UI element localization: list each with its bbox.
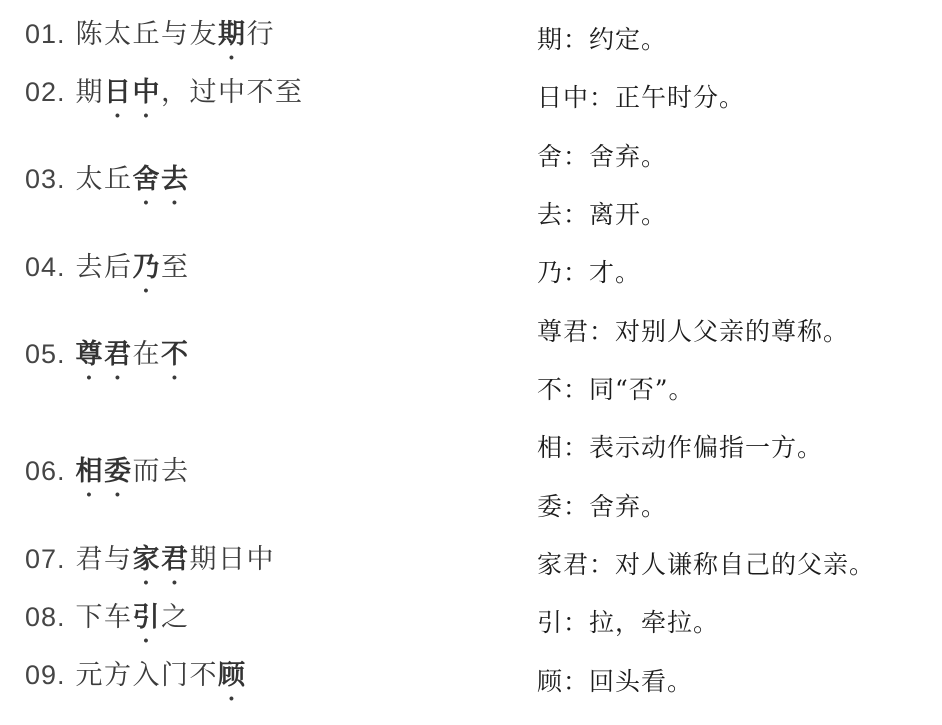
phrase-segment-emphasized: 乃: [133, 252, 162, 282]
phrase-cell: 05. 尊君在不: [0, 301, 537, 418]
phrase-segment-emphasized: 日中: [104, 77, 161, 107]
phrase-segment: 行: [247, 19, 276, 49]
phrase-line: 01. 陈太丘与友期行: [0, 12, 275, 65]
phrase-segment-emphasized: 相委: [76, 456, 133, 486]
phrase-segment: 太丘: [76, 164, 133, 194]
phrase-segment: 期日中: [190, 544, 276, 574]
definition-line: 不：同“否”。: [537, 359, 942, 417]
vocab-row: 08. 下车引之 引：拉，牵拉。: [0, 592, 942, 650]
phrase-segment-emphasized: 顾: [218, 660, 247, 690]
phrase-segment: 下车: [76, 602, 133, 632]
phrase-text: 下车引之: [76, 595, 190, 648]
phrase-line: 04. 去后乃至: [0, 245, 190, 298]
phrase-line: 03. 太丘舍去: [0, 157, 190, 210]
phrase-cell: 08. 下车引之: [0, 592, 537, 650]
phrase-segment: 元方入门不: [76, 660, 219, 690]
phrase-segment-emphasized: 尊君: [76, 339, 133, 369]
phrase-segment-emphasized: 舍去: [133, 164, 190, 194]
phrase-cell: 03. 太丘舍去: [0, 126, 537, 243]
phrase-segment-emphasized: 家君: [133, 544, 190, 574]
phrase-segment: ，过中不至: [161, 77, 304, 107]
vocab-row: 04. 去后乃至 乃：才。: [0, 242, 942, 300]
phrase-line: 09. 元方入门不顾: [0, 653, 247, 706]
phrase-text: 君与家君期日中: [76, 537, 276, 590]
item-number: 05.: [25, 339, 66, 370]
definition-line: 相：表示动作偏指一方。: [537, 417, 942, 475]
phrase-text: 相委而去: [76, 449, 190, 502]
phrase-segment: 去后: [76, 252, 133, 282]
phrase-cell: 07. 君与家君期日中: [0, 534, 537, 592]
vocab-row: 02. 期日中，过中不至 日中：正午时分。: [0, 67, 942, 125]
phrase-segment-emphasized: 不: [161, 339, 190, 369]
phrase-segment: 在: [133, 339, 162, 369]
phrase-text: 陈太丘与友期行: [76, 12, 276, 65]
vocab-notes-page: 01. 陈太丘与友期行 期：约定。 02. 期日中，过中不至 日中：正午时分。 …: [0, 0, 942, 725]
phrase-segment-emphasized: 引: [133, 602, 162, 632]
definitions: 相：表示动作偏指一方。委：舍弃。: [537, 417, 942, 534]
phrase-cell: 04. 去后乃至: [0, 242, 537, 300]
item-number: 08.: [25, 602, 66, 633]
phrase-segment: 而去: [133, 456, 190, 486]
phrase-cell: 06. 相委而去: [0, 417, 537, 534]
definitions: 家君：对人谦称自己的父亲。: [537, 534, 942, 592]
phrase-cell: 01. 陈太丘与友期行: [0, 9, 537, 67]
phrase-line: 07. 君与家君期日中: [0, 537, 275, 590]
vocab-row: 07. 君与家君期日中 家君：对人谦称自己的父亲。: [0, 534, 942, 592]
definition-line: 尊君：对别人父亲的尊称。: [537, 301, 942, 359]
phrase-segment: 陈太丘与友: [76, 19, 219, 49]
phrase-text: 元方入门不顾: [76, 653, 247, 706]
phrase-segment: 至: [161, 252, 190, 282]
definitions: 乃：才。: [537, 242, 942, 300]
definition-line: 舍：舍弃。: [537, 126, 942, 184]
item-number: 04.: [25, 252, 66, 283]
phrase-text: 尊君在不: [76, 332, 190, 385]
phrase-cell: 09. 元方入门不顾: [0, 651, 537, 709]
phrase-segment: 之: [161, 602, 190, 632]
vocab-rows: 01. 陈太丘与友期行 期：约定。 02. 期日中，过中不至 日中：正午时分。 …: [0, 9, 942, 709]
item-number: 02.: [25, 77, 66, 108]
item-number: 01.: [25, 19, 66, 50]
vocab-row: 03. 太丘舍去 舍：舍弃。去：离开。: [0, 126, 942, 243]
phrase-line: 06. 相委而去: [0, 449, 190, 502]
vocab-row: 06. 相委而去 相：表示动作偏指一方。委：舍弃。: [0, 417, 942, 534]
phrase-text: 太丘舍去: [76, 157, 190, 210]
definition-line: 委：舍弃。: [537, 476, 942, 534]
definition-line: 期：约定。: [537, 9, 942, 67]
definitions: 引：拉，牵拉。: [537, 592, 942, 650]
item-number: 03.: [25, 164, 66, 195]
phrase-segment: 期: [76, 77, 105, 107]
phrase-line: 02. 期日中，过中不至: [0, 70, 304, 123]
definitions: 尊君：对别人父亲的尊称。不：同“否”。: [537, 301, 942, 418]
definition-line: 顾：回头看。: [537, 651, 942, 709]
phrase-segment: 君与: [76, 544, 133, 574]
phrase-text: 去后乃至: [76, 245, 190, 298]
definition-line: 日中：正午时分。: [537, 67, 942, 125]
definition-line: 乃：才。: [537, 242, 942, 300]
vocab-row: 01. 陈太丘与友期行 期：约定。: [0, 9, 942, 67]
phrase-line: 08. 下车引之: [0, 595, 190, 648]
phrase-line: 05. 尊君在不: [0, 332, 190, 385]
definitions: 顾：回头看。: [537, 651, 942, 709]
phrase-segment-emphasized: 期: [218, 19, 247, 49]
item-number: 07.: [25, 544, 66, 575]
phrase-cell: 02. 期日中，过中不至: [0, 67, 537, 125]
vocab-row: 09. 元方入门不顾 顾：回头看。: [0, 651, 942, 709]
definition-line: 去：离开。: [537, 184, 942, 242]
vocab-row: 05. 尊君在不 尊君：对别人父亲的尊称。不：同“否”。: [0, 301, 942, 418]
definitions: 期：约定。: [537, 9, 942, 67]
definitions: 舍：舍弃。去：离开。: [537, 126, 942, 243]
definition-line: 引：拉，牵拉。: [537, 592, 942, 650]
definition-line: 家君：对人谦称自己的父亲。: [537, 534, 942, 592]
item-number: 09.: [25, 660, 66, 691]
definitions: 日中：正午时分。: [537, 67, 942, 125]
item-number: 06.: [25, 456, 66, 487]
phrase-text: 期日中，过中不至: [76, 70, 304, 123]
